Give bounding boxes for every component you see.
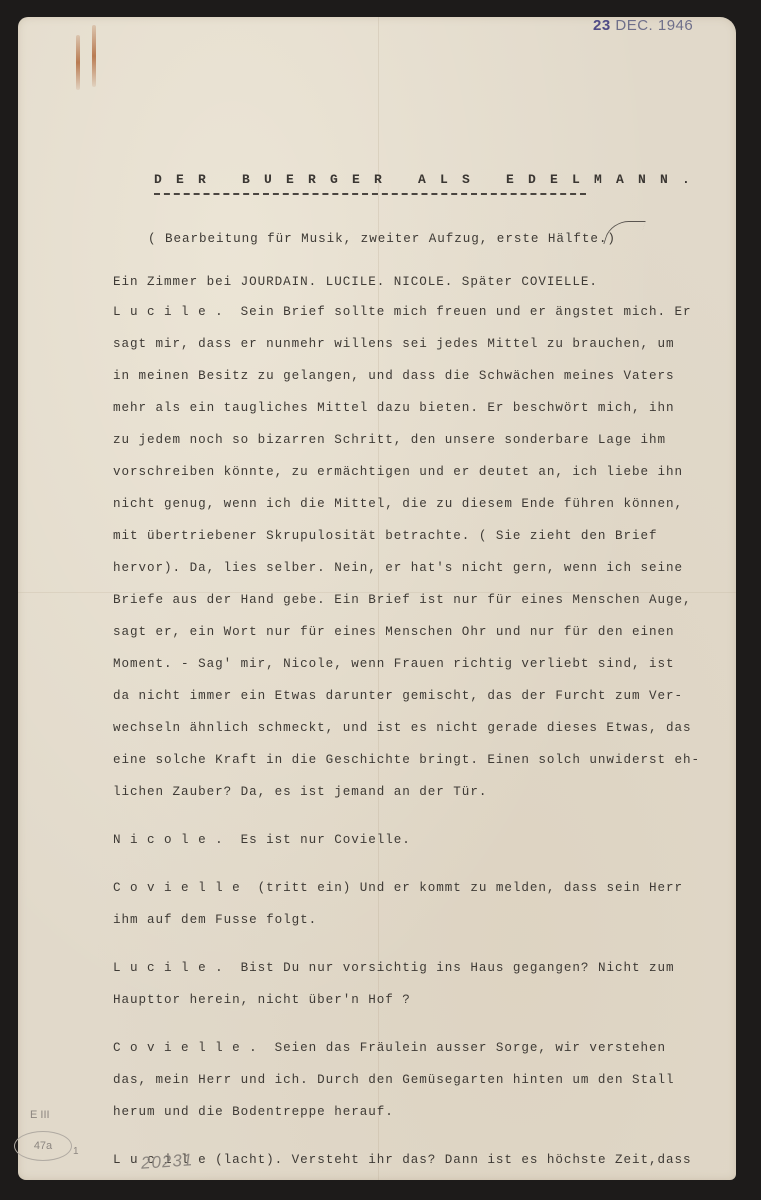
line-text: in meinen Besitz zu gelangen, und dass d… <box>113 369 675 383</box>
line-text: zu jedem noch so bizarren Schritt, den u… <box>113 433 666 447</box>
line-text: sagt er, ein Wort nur für eines Menschen… <box>113 625 675 639</box>
line-text: Sein Brief sollte mich freuen und er äng… <box>224 305 692 319</box>
speaker-name: L u c i l e . <box>113 961 224 975</box>
line-text: (lacht). Versteht ihr das? Dann ist es h… <box>207 1153 692 1167</box>
handwritten-inventory-number: 20231 <box>140 1150 194 1174</box>
text-line: sagt er, ein Wort nur für eines Menschen… <box>113 625 675 639</box>
line-text: sagt mir, dass er nunmehr willens sei je… <box>113 337 675 351</box>
date-stamp-month-year: DEC. 1946 <box>615 17 693 34</box>
speaker-name: C o v i e l l e <box>113 881 241 895</box>
line-text: wechseln ähnlich schmeckt, und ist es ni… <box>113 721 692 735</box>
text-line: L u c i l e (lacht). Versteht ihr das? D… <box>113 1153 692 1167</box>
title-underline <box>154 193 586 195</box>
text-line: vorschreiben könnte, zu ermächtigen und … <box>113 465 683 479</box>
line-text: Briefe aus der Hand gebe. Ein Brief ist … <box>113 593 692 607</box>
text-line: wechseln ähnlich schmeckt, und ist es ni… <box>113 721 692 735</box>
oval-archive-mark: 47a <box>14 1131 72 1161</box>
line-text: Haupttor herein, nicht über'n Hof ? <box>113 993 411 1007</box>
text-line: da nicht immer ein Etwas darunter gemisc… <box>113 689 683 703</box>
line-text: Moment. - Sag' mir, Nicole, wenn Frauen … <box>113 657 675 671</box>
line-text: Seien das Fräulein ausser Sorge, wir ver… <box>258 1041 666 1055</box>
line-text: vorschreiben könnte, zu ermächtigen und … <box>113 465 683 479</box>
text-line: nicht genug, wenn ich die Mittel, die zu… <box>113 497 683 511</box>
text-line: C o v i e l l e (tritt ein) Und er kommt… <box>113 881 683 895</box>
text-line: Moment. - Sag' mir, Nicole, wenn Frauen … <box>113 657 675 671</box>
line-text: lichen Zauber? Da, es ist jemand an der … <box>113 785 487 799</box>
rust-stain <box>76 35 80 90</box>
date-stamp-day: 23 <box>593 17 611 34</box>
line-text: nicht genug, wenn ich die Mittel, die zu… <box>113 497 683 511</box>
line-text: mit übertriebener Skrupulosität betracht… <box>113 529 657 543</box>
rust-stain <box>92 25 96 87</box>
oval-mark-suffix: 1 <box>73 1146 79 1157</box>
scene-description: Ein Zimmer bei JOURDAIN. LUCILE. NICOLE.… <box>113 275 598 289</box>
text-line: hervor). Da, lies selber. Nein, er hat's… <box>113 561 683 575</box>
text-line: in meinen Besitz zu gelangen, und dass d… <box>113 369 675 383</box>
line-text: hervor). Da, lies selber. Nein, er hat's… <box>113 561 683 575</box>
text-line: eine solche Kraft in die Geschichte brin… <box>113 753 700 767</box>
document-subtitle: ( Bearbeitung für Musik, zweiter Aufzug,… <box>148 232 616 246</box>
speaker-name: L u c i l e . <box>113 305 224 319</box>
text-line: C o v i e l l e . Seien das Fräulein aus… <box>113 1041 666 1055</box>
line-text: herum und die Bodentreppe herauf. <box>113 1105 394 1119</box>
document-title: D E R B U E R G E R A L S E D E L M A N … <box>154 172 693 187</box>
text-line: Haupttor herein, nicht über'n Hof ? <box>113 993 411 1007</box>
shelf-mark: E III <box>30 1109 50 1121</box>
speaker-name: C o v i e l l e . <box>113 1041 258 1055</box>
line-text: mehr als ein taugliches Mittel dazu biet… <box>113 401 675 415</box>
text-line: L u c i l e . Sein Brief sollte mich fre… <box>113 305 692 319</box>
text-line: herum und die Bodentreppe herauf. <box>113 1105 394 1119</box>
line-text: (tritt ein) Und er kommt zu melden, dass… <box>241 881 683 895</box>
text-line: zu jedem noch so bizarren Schritt, den u… <box>113 433 666 447</box>
speaker-name: N i c o l e . <box>113 833 224 847</box>
text-line: sagt mir, dass er nunmehr willens sei je… <box>113 337 675 351</box>
text-line: mehr als ein taugliches Mittel dazu biet… <box>113 401 675 415</box>
text-line: N i c o l e . Es ist nur Covielle. <box>113 833 411 847</box>
text-line: mit übertriebener Skrupulosität betracht… <box>113 529 657 543</box>
text-line: ihm auf dem Fusse folgt. <box>113 913 317 927</box>
line-text: eine solche Kraft in die Geschichte brin… <box>113 753 700 767</box>
text-line: das, mein Herr und ich. Durch den Gemüse… <box>113 1073 675 1087</box>
line-text: Es ist nur Covielle. <box>224 833 411 847</box>
text-line: lichen Zauber? Da, es ist jemand an der … <box>113 785 487 799</box>
line-text: da nicht immer ein Etwas darunter gemisc… <box>113 689 683 703</box>
date-stamp: 23 DEC. 1946 <box>593 17 693 34</box>
line-text: Bist Du nur vorsichtig ins Haus gegangen… <box>224 961 675 975</box>
line-text: ihm auf dem Fusse folgt. <box>113 913 317 927</box>
text-line: L u c i l e . Bist Du nur vorsichtig ins… <box>113 961 675 975</box>
text-line: Briefe aus der Hand gebe. Ein Brief ist … <box>113 593 692 607</box>
line-text: das, mein Herr und ich. Durch den Gemüse… <box>113 1073 675 1087</box>
